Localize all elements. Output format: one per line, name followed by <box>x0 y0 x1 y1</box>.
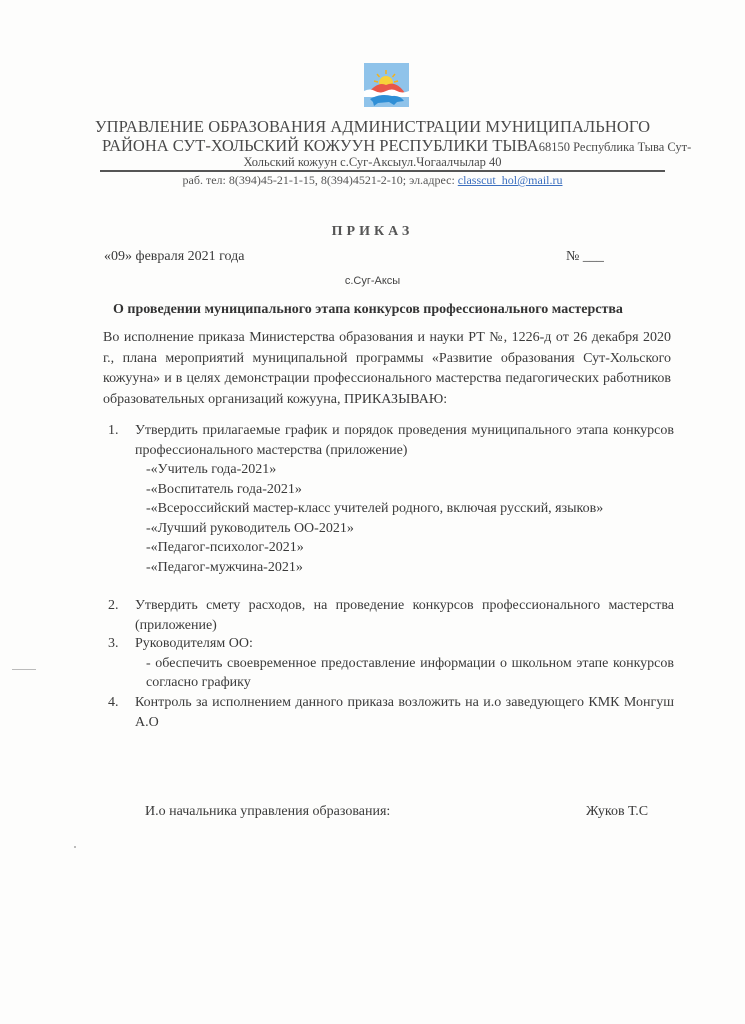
contest-item: -«Педагог-мужчина-2021» <box>146 558 674 578</box>
item-number: 1. <box>108 421 119 441</box>
contest-item: -«Всероссийский мастер-класс учителей ро… <box>146 499 674 519</box>
document-title: ПРИКАЗ <box>0 224 745 240</box>
email-link[interactable]: classcut_hol@mail.ru <box>458 173 563 187</box>
item-number: 4. <box>108 693 119 713</box>
item-text: Утвердить смету расходов, на проведение … <box>108 596 674 635</box>
org-address-line: Хольский кожуун с.Суг-Аксыул.Чогаалчылар… <box>0 155 745 170</box>
contact-phones: раб. тел: 8(394)45-21-1-15, 8(394)4521-2… <box>183 173 458 187</box>
header-divider <box>100 170 665 172</box>
item-number: 3. <box>108 634 119 654</box>
coat-of-arms-icon <box>364 63 409 111</box>
scan-artifact <box>74 846 76 848</box>
contact-line: раб. тел: 8(394)45-21-1-15, 8(394)4521-2… <box>0 173 745 188</box>
item-text: Утвердить прилагаемые график и порядок п… <box>108 421 674 460</box>
preamble-paragraph: Во исполнение приказа Министерства образ… <box>103 328 671 410</box>
signature-name: Жуков Т.С <box>586 804 648 820</box>
item-number: 2. <box>108 596 119 616</box>
contest-item: -«Учитель года-2021» <box>146 460 674 480</box>
contest-list: -«Учитель года-2021» -«Воспитатель года-… <box>108 460 674 577</box>
item-subtext: - обеспечить своевременное предоставлени… <box>108 654 674 693</box>
contest-item: -«Воспитатель года-2021» <box>146 480 674 500</box>
order-number: № ___ <box>566 249 604 265</box>
org-name-line2: РАЙОНА СУТ-ХОЛЬСКИЙ КОЖУУН РЕСПУБЛИКИ ТЫ… <box>102 136 691 156</box>
item-text: Руководителям ОО: <box>108 634 674 654</box>
order-place: с.Суг-Аксы <box>0 275 745 287</box>
org-address-start: 68150 Республика Тыва Сут- <box>539 140 692 154</box>
org-name-line1: УПРАВЛЕНИЕ ОБРАЗОВАНИЯ АДМИНИСТРАЦИИ МУН… <box>0 117 745 137</box>
contest-item: -«Педагог-психолог-2021» <box>146 538 674 558</box>
signature-title: И.о начальника управления образования: <box>145 804 390 820</box>
order-item-2: 2. Утвердить смету расходов, на проведен… <box>108 596 674 635</box>
order-subject: О проведении муниципального этапа конкур… <box>113 302 623 318</box>
item-text: Контроль за исполнением данного приказа … <box>108 693 674 732</box>
order-item-1: 1. Утвердить прилагаемые график и порядо… <box>108 421 674 577</box>
scan-artifact <box>12 669 36 670</box>
order-item-4: 4. Контроль за исполнением данного прика… <box>108 693 674 732</box>
order-item-3: 3. Руководителям ОО: - обеспечить своевр… <box>108 634 674 693</box>
org-name-line2-main: РАЙОНА СУТ-ХОЛЬСКИЙ КОЖУУН РЕСПУБЛИКИ ТЫ… <box>102 136 539 155</box>
order-date: «09» февраля 2021 года <box>104 249 245 265</box>
contest-item: -«Лучший руководитель ОО-2021» <box>146 519 674 539</box>
